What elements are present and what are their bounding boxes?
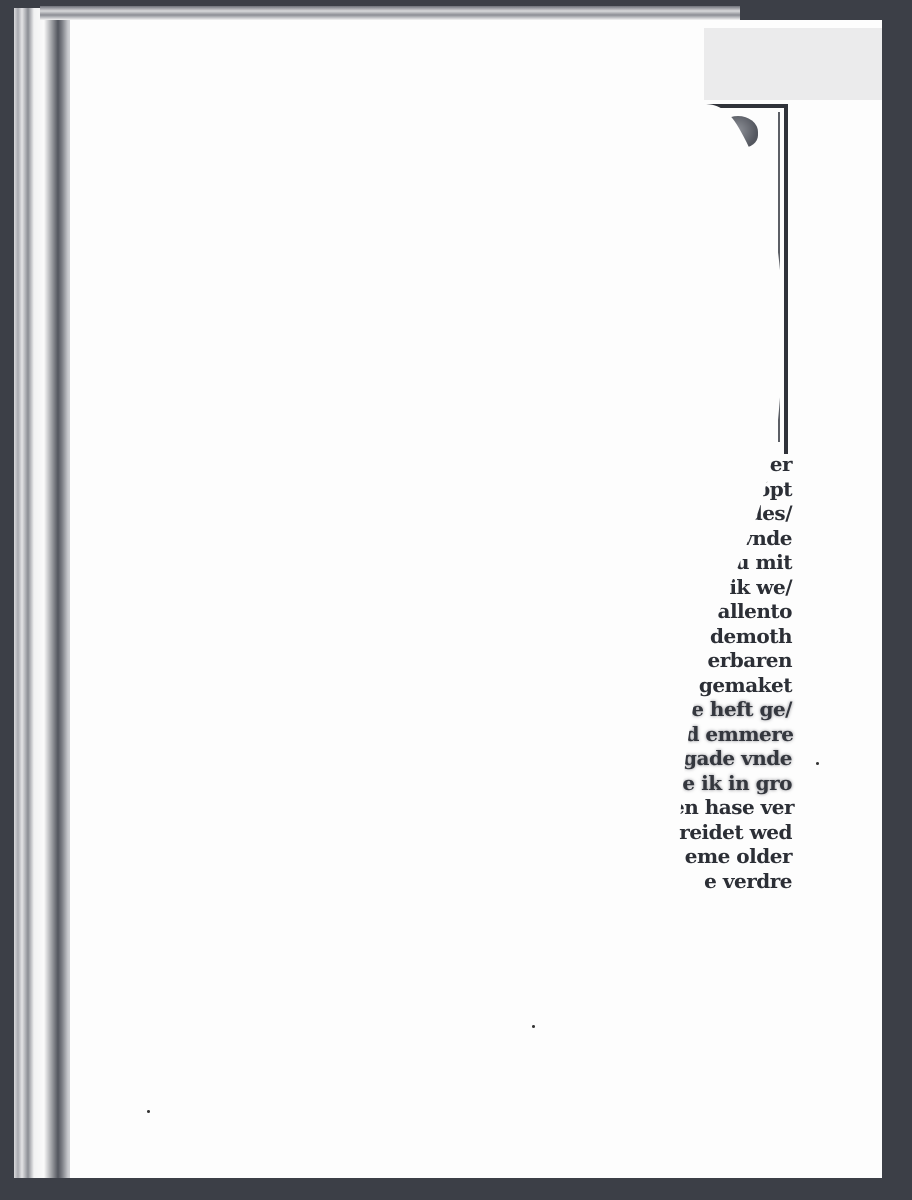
page-shading bbox=[700, 28, 882, 100]
text-line: ou mit bbox=[672, 550, 792, 575]
blackletter-text-column: ber höpt des/ vnde ou mit ik we/ : allen… bbox=[672, 452, 792, 893]
page-stack-top-edge bbox=[40, 6, 740, 20]
scanned-page: ber höpt des/ vnde ou mit ik we/ : allen… bbox=[0, 0, 912, 1200]
illustration-inner-border bbox=[708, 112, 780, 442]
scan-frame-left bbox=[0, 0, 14, 1200]
text-line: e ik in gro bbox=[672, 771, 792, 796]
text-line: erbaren bbox=[672, 648, 792, 673]
text-line: gd emmere bbox=[672, 722, 792, 747]
woodcut-illustration-icon bbox=[718, 116, 758, 148]
text-line: ber bbox=[672, 452, 792, 477]
text-line: eme older bbox=[672, 844, 792, 869]
scan-frame-right bbox=[882, 0, 912, 1200]
text-line: reidet wed bbox=[672, 820, 792, 845]
text-line: : allento bbox=[672, 599, 792, 624]
page-stack-edges bbox=[14, 8, 76, 1178]
text-line: e heft ge/ bbox=[672, 697, 792, 722]
text-line: demoth bbox=[672, 624, 792, 649]
text-line: gemaket bbox=[672, 673, 792, 698]
text-line: gade vnde bbox=[672, 746, 792, 771]
text-line: en hase ver bbox=[672, 795, 792, 820]
text-line: des/ bbox=[672, 501, 792, 526]
speck bbox=[147, 1110, 150, 1113]
text-line: ik we/ bbox=[672, 575, 792, 600]
text-line: höpt bbox=[672, 477, 792, 502]
speck bbox=[532, 1025, 535, 1028]
speck bbox=[816, 762, 819, 765]
text-line: e verdre bbox=[672, 869, 792, 894]
text-line: vnde bbox=[672, 526, 792, 551]
